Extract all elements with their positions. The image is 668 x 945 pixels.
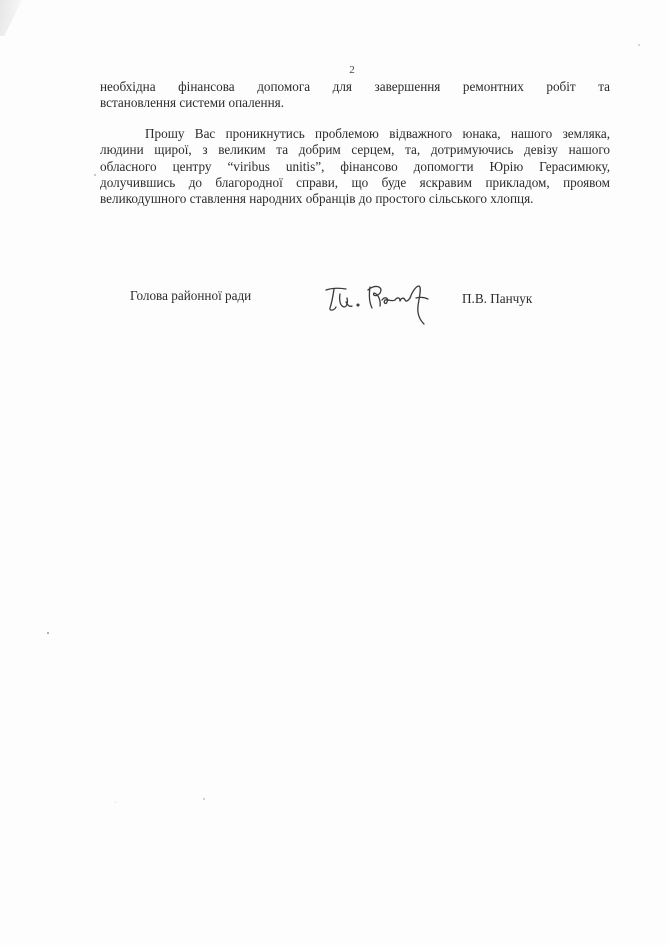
paragraph-line: Прошу Вас проникнутись проблемою відважн… bbox=[100, 126, 610, 142]
paragraph-1: необхідна фінансова допомога для заверше… bbox=[100, 79, 610, 112]
scan-speck bbox=[203, 798, 205, 800]
signatory-title: Голова районної ради bbox=[130, 288, 251, 304]
document-page: 2 необхідна фінансова допомога для завер… bbox=[0, 0, 668, 945]
paragraph-line: необхідна фінансова допомога для заверше… bbox=[100, 79, 610, 95]
paragraph-line: долучившись до благородної справи, що бу… bbox=[100, 175, 610, 191]
page-number: 2 bbox=[0, 64, 668, 76]
scan-speck bbox=[638, 44, 640, 46]
scan-speck bbox=[115, 802, 116, 803]
paragraph-2: Прошу Вас проникнутись проблемою відважн… bbox=[100, 126, 610, 207]
paragraph-line: людини щирої, з великим та добрим серцем… bbox=[100, 142, 610, 158]
page-corner-fold bbox=[0, 0, 22, 36]
signature-block: Голова районної ради П.В. Панчук bbox=[0, 280, 668, 330]
scan-speck bbox=[94, 174, 96, 176]
signatory-name: П.В. Панчук bbox=[462, 291, 532, 307]
paragraph-line: встановлення системи опалення. bbox=[100, 95, 610, 111]
paragraph-line: великодушного ставлення народних обранці… bbox=[100, 191, 610, 207]
handwritten-signature-icon bbox=[322, 280, 442, 325]
scan-speck bbox=[47, 632, 49, 634]
paragraph-line: обласного центру “viribus unitis”, фінан… bbox=[100, 159, 610, 175]
